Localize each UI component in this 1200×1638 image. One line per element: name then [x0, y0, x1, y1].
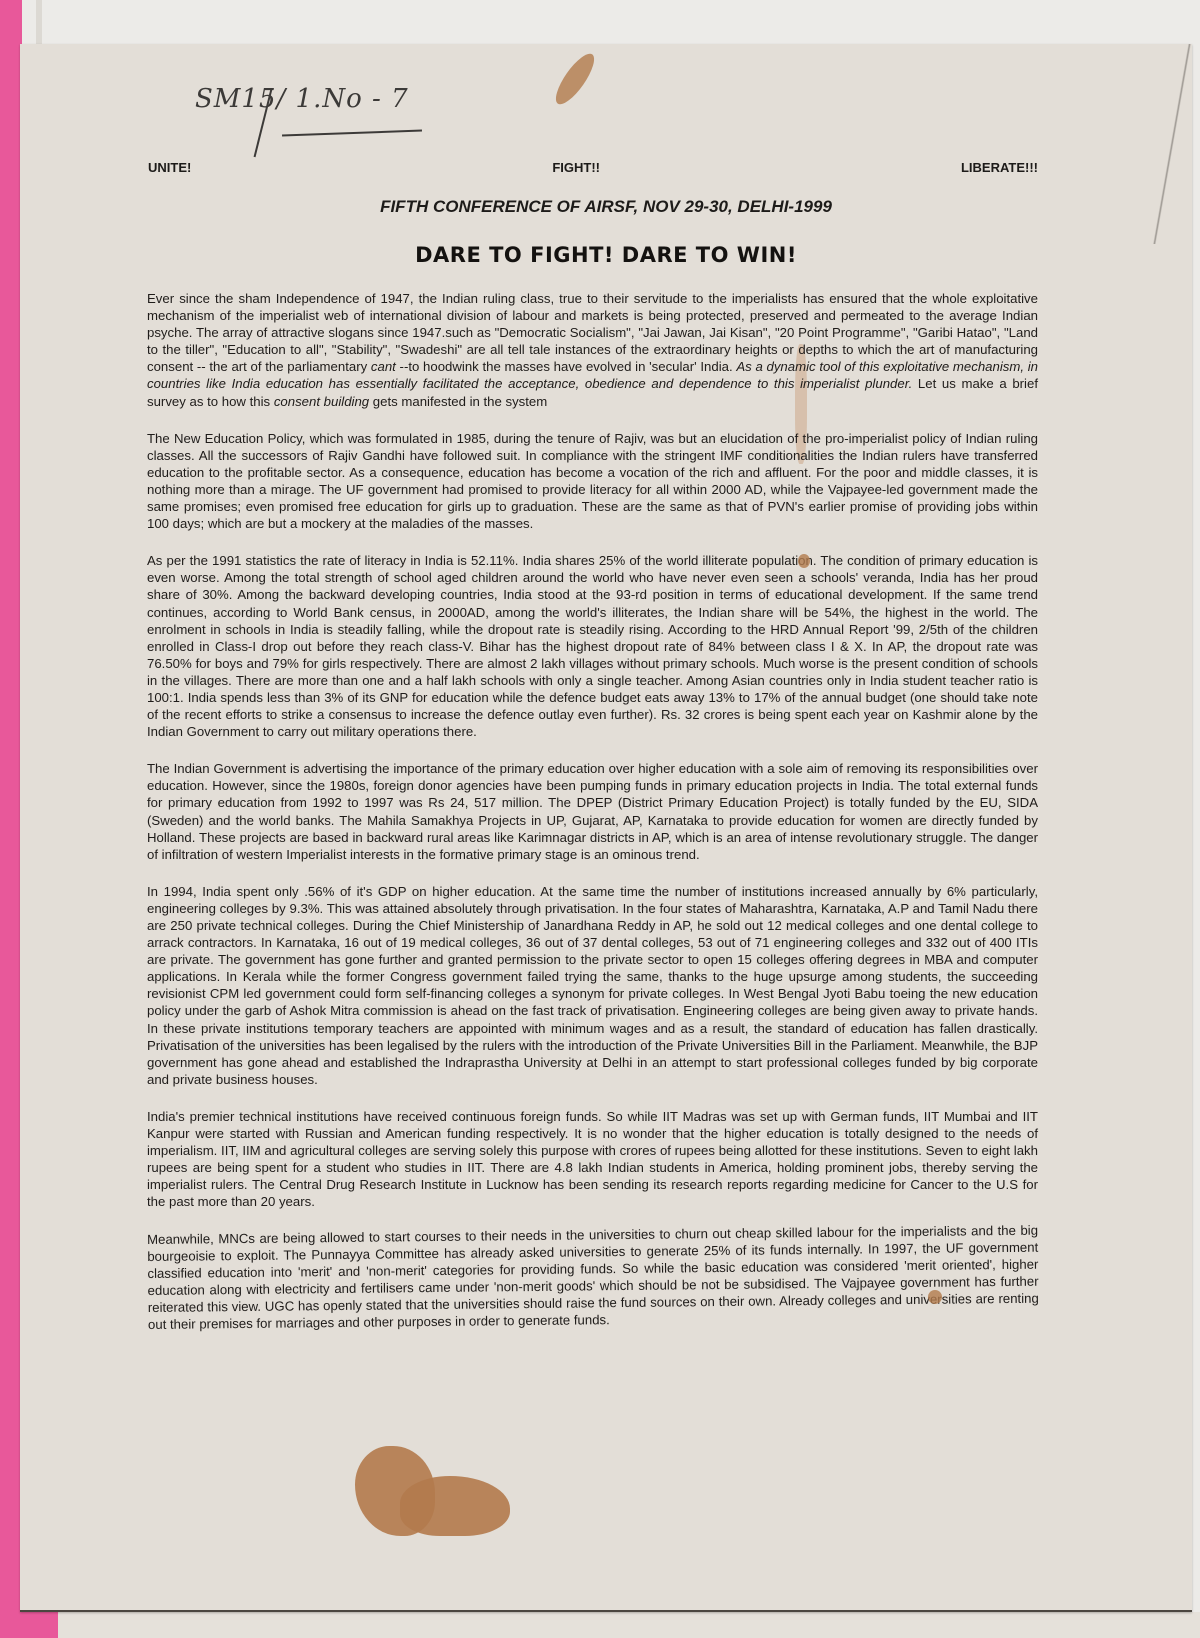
paragraph-mnc-courses: Meanwhile, MNCs are being allowed to sta… [147, 1221, 1039, 1333]
slogan-row: UNITE! FIGHT!! LIBERATE!!! [148, 160, 1038, 175]
stain-mark [550, 49, 601, 110]
paragraph-new-education-policy: The New Education Policy, which was form… [147, 430, 1038, 533]
paragraph-technical-institutions: India's premier technical institutions h… [147, 1108, 1038, 1211]
slogan-fight: FIGHT!! [552, 160, 600, 175]
document-page: SM15/ 1.No - 7 UNITE! FIGHT!! LIBERATE!!… [20, 44, 1192, 1612]
stain-spot [798, 554, 810, 568]
pink-folder-edge [0, 0, 22, 1638]
underlying-sheet-bottom [58, 1612, 1200, 1638]
pink-folder-corner [0, 1612, 58, 1638]
document-body: Ever since the sham Independence of 1947… [147, 290, 1038, 1353]
stain-blot [400, 1476, 510, 1536]
slogan-unite: UNITE! [148, 160, 191, 175]
underlying-sheet-edge [36, 0, 42, 48]
paragraph-literacy-statistics: As per the 1991 statistics the rate of l… [147, 552, 1038, 740]
slogan-liberate: LIBERATE!!! [961, 160, 1038, 175]
paragraph-intro: Ever since the sham Independence of 1947… [147, 290, 1038, 410]
stain-spot [928, 1290, 942, 1304]
paragraph-higher-education-privatisation: In 1994, India spent only .56% of it's G… [147, 883, 1038, 1088]
document-title: DARE TO FIGHT! DARE TO WIN! [20, 243, 1192, 267]
paragraph-primary-education-funding: The Indian Government is advertising the… [147, 760, 1038, 863]
handwritten-note: SM15/ 1.No - 7 [195, 84, 409, 114]
conference-heading: FIFTH CONFERENCE OF AIRSF, NOV 29-30, DE… [20, 197, 1192, 217]
handwritten-underline [282, 130, 422, 137]
